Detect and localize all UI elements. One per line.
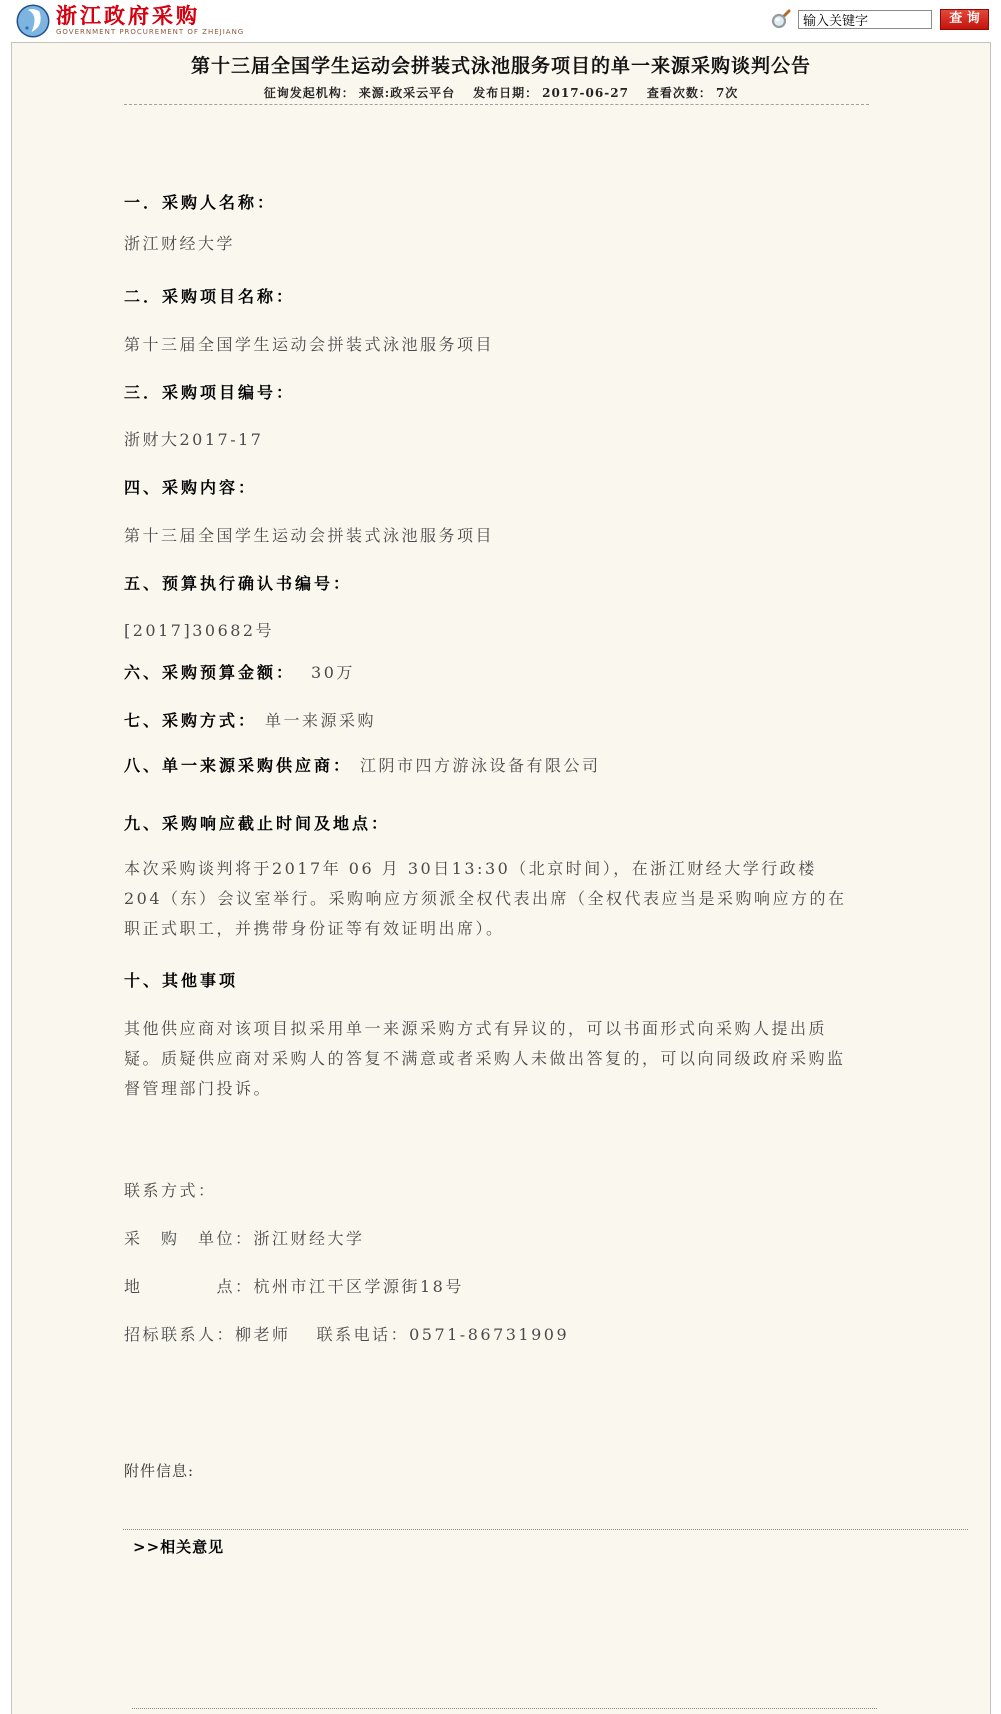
logo-title: 浙江政府采购	[56, 4, 244, 28]
section-9-body: 本次采购谈判将于2017年 06 月 30日13:30（北京时间），在浙江财经大…	[124, 854, 854, 944]
section-10-body: 其他供应商对该项目拟采用单一来源采购方式有异议的，可以书面形式向采购人提出质疑。…	[124, 1014, 854, 1104]
section-7: 七、采购方式：单一来源采购	[124, 711, 854, 731]
contact-purchaser: 采 购 单位：浙江财经大学	[124, 1229, 854, 1249]
header-divider	[124, 104, 869, 105]
section-5-heading: 五、预算执行确认书编号：	[124, 574, 854, 594]
section-4-body: 第十三届全国学生运动会拼装式泳池服务项目	[124, 526, 854, 546]
meta-views: 7次	[716, 86, 738, 100]
bottom-divider	[132, 1708, 877, 1709]
section-7-heading: 七、采购方式：	[124, 711, 257, 730]
section-1-body: 浙江财经大学	[124, 234, 854, 254]
meta-agency-label: 征询发起机构：	[264, 86, 355, 100]
section-6: 六、采购预算金额：30万	[124, 663, 854, 683]
section-2-body: 第十三届全国学生运动会拼装式泳池服务项目	[124, 335, 854, 355]
section-10-heading: 十、其他事项	[124, 971, 854, 991]
page-title: 第十三届全国学生运动会拼装式泳池服务项目的单一来源采购谈判公告	[12, 53, 990, 79]
search-bar: 查 询	[770, 6, 989, 32]
search-icon	[770, 8, 792, 30]
logo-emblem-icon	[16, 4, 50, 38]
announcement-panel: 第十三届全国学生运动会拼装式泳池服务项目的单一来源采购谈判公告 征询发起机构：来…	[11, 42, 991, 1714]
section-3-heading: 三．采购项目编号：	[124, 383, 854, 403]
logo-text: 浙江政府采购 GOVERNMENT PROCUREMENT OF ZHEJIAN…	[56, 4, 244, 36]
top-bar: 浙江政府采购 GOVERNMENT PROCUREMENT OF ZHEJIAN…	[0, 0, 1001, 42]
contact-address: 地 点：杭州市江干区学源街18号	[124, 1277, 854, 1297]
section-8-value: 江阴市四方游泳设备有限公司	[360, 756, 601, 775]
section-8-heading: 八、单一来源采购供应商：	[124, 756, 352, 775]
section-5-body: [2017]30682号	[124, 621, 854, 641]
logo-subtitle: GOVERNMENT PROCUREMENT OF ZHEJIANG	[56, 28, 244, 36]
section-6-heading: 六、采购预算金额：	[124, 663, 295, 682]
section-6-value: 30万	[311, 663, 355, 682]
section-4-heading: 四、采购内容：	[124, 478, 854, 498]
section-9-heading: 九、采购响应截止时间及地点：	[124, 814, 854, 834]
related-comments-link[interactable]: >>相关意见	[133, 1537, 533, 1557]
section-3-body: 浙财大2017-17	[124, 430, 854, 450]
meta-source: 来源:政采云平台	[359, 86, 455, 100]
search-input[interactable]	[798, 10, 932, 29]
section-7-value: 单一来源采购	[265, 711, 376, 730]
section-8: 八、单一来源采购供应商：江阴市四方游泳设备有限公司	[124, 756, 854, 776]
meta-views-label: 查看次数：	[647, 86, 712, 100]
search-button[interactable]: 查 询	[940, 9, 989, 30]
contact-person-phone: 招标联系人：柳老师 联系电话：0571-86731909	[124, 1325, 854, 1345]
section-2-heading: 二．采购项目名称：	[124, 287, 854, 307]
article-meta: 征询发起机构：来源:政采云平台发布日期：2017-06-27查看次数：7次	[12, 85, 990, 101]
meta-date-label: 发布日期：	[473, 86, 538, 100]
section-1-heading: 一．采购人名称：	[124, 193, 854, 213]
attachment-divider	[123, 1529, 968, 1530]
meta-date: 2017-06-27	[542, 86, 629, 100]
contact-title: 联系方式：	[124, 1181, 854, 1201]
attachment-label: 附件信息:	[124, 1461, 854, 1481]
site-logo[interactable]: 浙江政府采购 GOVERNMENT PROCUREMENT OF ZHEJIAN…	[16, 4, 244, 40]
